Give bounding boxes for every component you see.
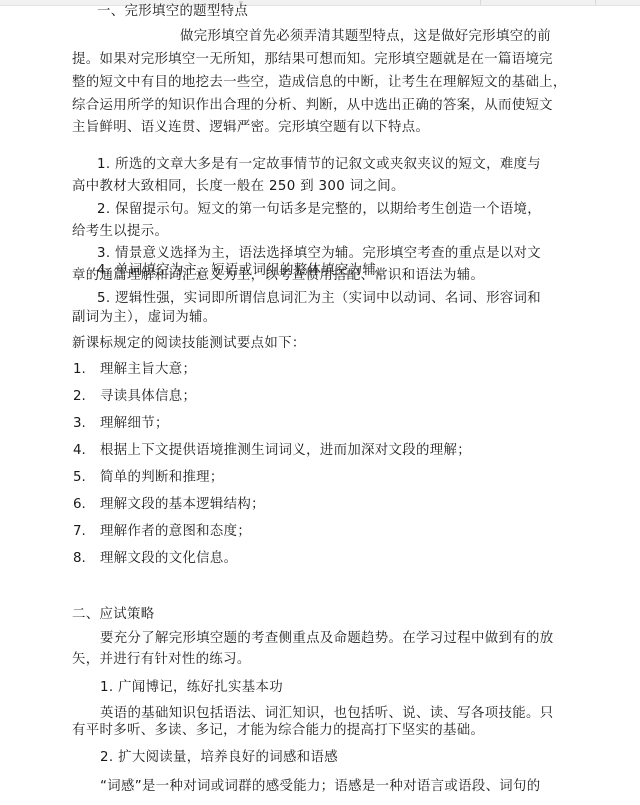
list-number: 8. <box>73 550 86 568</box>
list-number: 4. <box>73 442 86 460</box>
list-number: 1. <box>73 361 86 379</box>
toolbar-strip <box>0 0 640 6</box>
paragraph-line: 综合运用所学的知识作出合理的分析、判断，从中选出正确的答案，从而使短文 <box>72 97 553 115</box>
paragraph-line: 提。如果对完形填空一无所知，那结果可想而知。完形填空题就是在一篇语境完 <box>72 51 553 69</box>
subsection-title: 1. 广闻博记，练好扎实基本功 <box>100 679 283 697</box>
feature-item: 给考生以提示。 <box>72 223 168 241</box>
feature-item: 1. 所选的文章大多是有一定故事情节的记叙文或夹叙夹议的短文，难度与 <box>97 156 541 174</box>
toolbar-divider <box>595 0 596 5</box>
list-number: 3. <box>73 415 86 433</box>
feature-item: 4. 单词填空为主，短语或词组的整体填空为辅。 <box>97 262 390 280</box>
paragraph-line: 英语的基础知识包括语法、词汇知识，也包括听、说、读、写各项技能。只 <box>100 705 553 723</box>
section-heading: 一、完形填空的题型特点 <box>97 3 248 21</box>
paragraph-line: 主旨鲜明、语义连贯、逻辑严密。完形填空题有以下特点。 <box>72 119 429 137</box>
list-text: 理解作者的意图和态度； <box>100 523 251 541</box>
list-text: 寻读具体信息； <box>100 388 196 406</box>
toolbar-divider <box>480 0 481 5</box>
list-text: 理解文段的基本逻辑结构； <box>100 496 265 514</box>
paragraph-line: “词感”是一种对词或词群的感受能力；语感是一种对语言或语段、词句的 <box>100 778 541 796</box>
feature-item: 副词为主），虚词为辅。 <box>72 309 216 327</box>
paragraph-line: 要充分了解完形填空题的考查侧重点及命题趋势。在学习过程中做到有的放 <box>100 630 553 648</box>
list-number: 7. <box>73 523 86 541</box>
section-heading: 二、应试策略 <box>72 606 154 624</box>
feature-item: 3. 情景意义选择为主，语法选择填空为辅。完形填空考查的重点是以对文 <box>97 245 541 263</box>
paragraph-line: 做完形填空首先必须弄清其题型特点，这是做好完形填空的前 <box>180 28 551 46</box>
paragraph-line: 整的短文中有目的地挖去一些空，造成信息的中断，让考生在理解短文的基础上， <box>72 74 567 92</box>
list-number: 5. <box>73 469 86 487</box>
list-text: 理解主旨大意； <box>100 361 196 379</box>
subsection-title: 2. 扩大阅读量，培养良好的词感和语感 <box>100 749 338 767</box>
list-text: 简单的判断和推理； <box>100 469 224 487</box>
list-text: 根据上下文提供语境推测生词词义，进而加深对文段的理解； <box>100 442 471 460</box>
feature-item: 2. 保留提示句。短文的第一句话多是完整的，以期给考生创造一个语境， <box>97 201 541 219</box>
feature-item: 5. 逻辑性强，实词即所谓信息词汇为主（实词中以动词、名词、形容词和 <box>97 290 541 308</box>
list-number: 6. <box>73 496 86 514</box>
feature-item: 高中教材大致相同，长度一般在 250 到 300 词之间。 <box>72 178 405 196</box>
paragraph-line: 有平时多听、多读、多记，才能为综合能力的提高打下坚实的基础。 <box>72 722 484 740</box>
skills-intro: 新课标规定的阅读技能测试要点如下： <box>72 335 306 353</box>
paragraph-line: 矢，并进行有针对性的练习。 <box>72 651 251 669</box>
list-text: 理解细节； <box>100 415 169 433</box>
list-text: 理解文段的文化信息。 <box>100 550 237 568</box>
list-number: 2. <box>73 388 86 406</box>
